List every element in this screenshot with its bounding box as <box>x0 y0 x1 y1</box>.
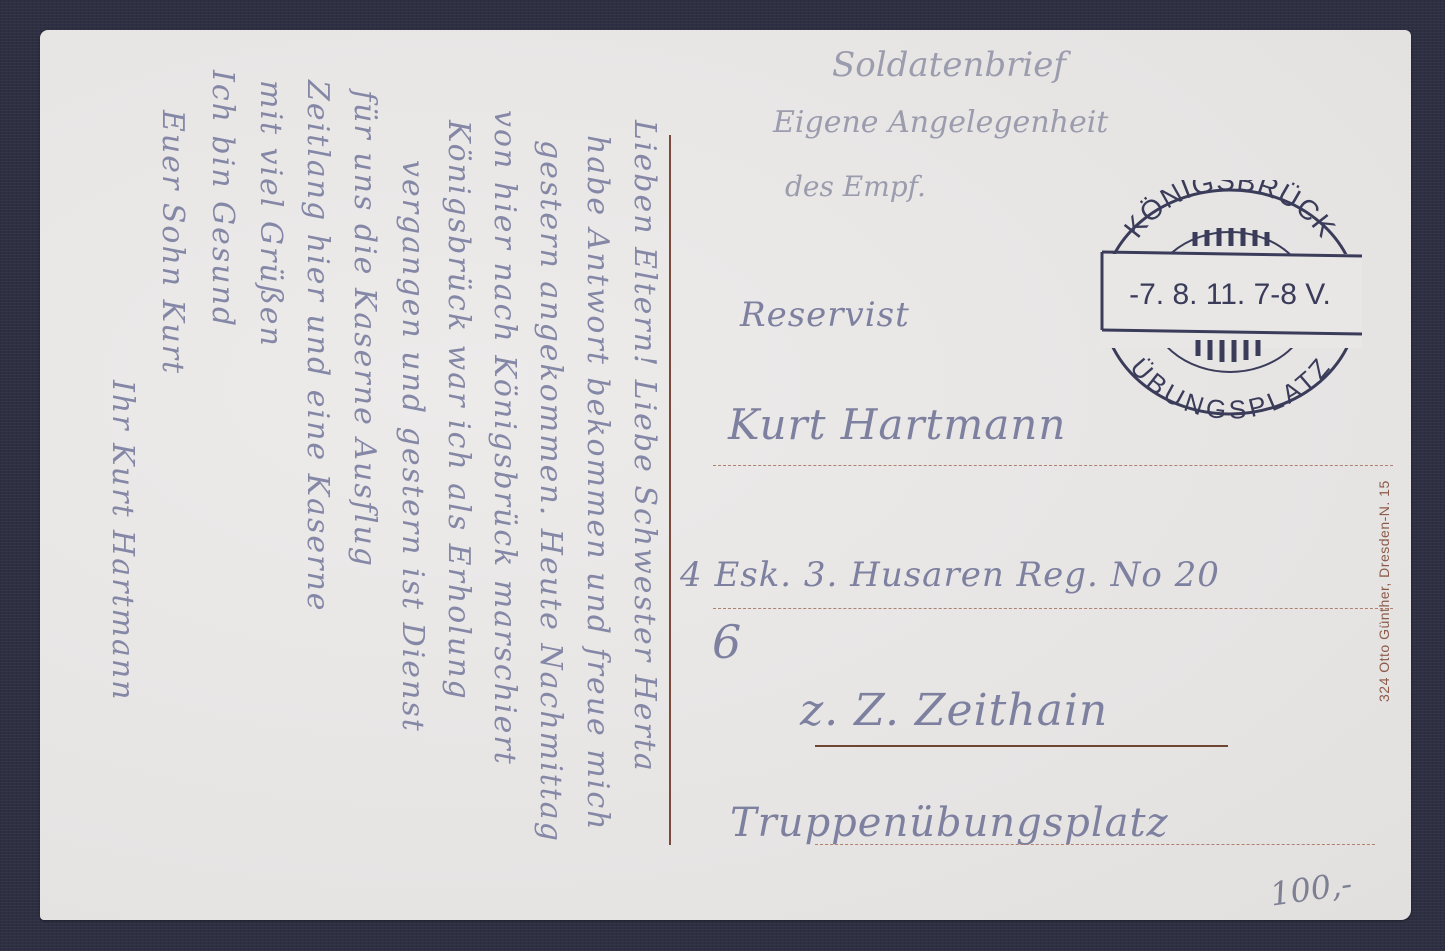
message-line: mit viel Grüßen <box>253 80 288 348</box>
message-line: für uns die Kaserne Ausflug <box>347 90 382 568</box>
message-line: Euer Sohn Kurt <box>155 110 190 375</box>
address-line-5: Truppenübungsplatz <box>730 800 1169 846</box>
address-dotted-line <box>713 608 1393 609</box>
address-line-2: Kurt Hartmann <box>728 400 1066 449</box>
address-line-4: z. Z. Zeithain <box>800 685 1108 736</box>
publisher-imprint: 324 Otto Günther, Dresden-N. 15 <box>1376 480 1392 702</box>
pencil-note-line: des Empf. <box>785 170 926 203</box>
svg-text:ÜBUNGSPLATZ: ÜBUNGSPLATZ <box>1124 352 1336 420</box>
message-line: habe Antwort bekommen und freue mich <box>580 135 615 831</box>
message-line: Lieben Eltern! Liebe Schwester Herta <box>627 120 662 773</box>
center-divider-line <box>669 135 671 845</box>
postcard: Lieben Eltern! Liebe Schwester Herta hab… <box>40 30 1411 920</box>
postmark-stamp: KÖNIGSBRÜCK ÜBUNGSPLATZ -7. 8. 11. 7-8 V… <box>1080 180 1380 420</box>
address-dotted-line <box>815 844 1375 845</box>
address-dotted-line <box>713 465 1393 466</box>
message-line: Ich bin Gesund <box>205 70 240 328</box>
pencil-note-line: Soldatenbrief <box>832 45 1066 85</box>
address-line-3: 4 Esk. 3. Husaren Reg. No 20 <box>680 555 1220 595</box>
message-line: gestern angekommen. Heute Nachmittag <box>533 140 568 843</box>
postmark-date: -7. 8. 11. 7-8 V. <box>1129 278 1331 311</box>
message-line: Zeitlang hier und eine Kaserne <box>300 80 335 613</box>
price-note: 100,- <box>1268 864 1355 913</box>
postmark-bottom-text: ÜBUNGSPLATZ <box>1124 352 1336 420</box>
address-line-1: Reservist <box>740 295 910 335</box>
address-solid-line <box>815 745 1228 747</box>
address-line-3-mark: 6 <box>712 615 742 669</box>
message-line: vergangen und gestern ist Dienst <box>395 160 430 733</box>
message-line: Ihr Kurt Hartmann <box>105 380 140 701</box>
message-line: von hier nach Königsbrück marschiert <box>487 110 522 766</box>
message-line: Königsbrück war ich als Erholung <box>441 120 476 701</box>
pencil-note-line: Eigene Angelegenheit <box>773 105 1108 140</box>
